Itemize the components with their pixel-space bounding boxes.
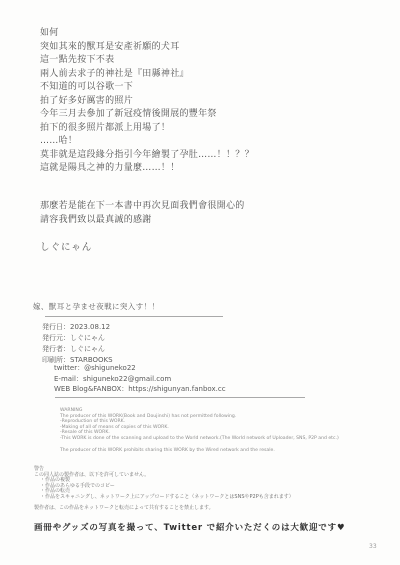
afterword-closing-block: 那麼若是能在下一本書中再次見面我們會很開心的 請容我們致以最真誠的感謝 [40,199,245,227]
publication-line: 発行元：しぐにゃん [42,333,113,344]
afterword-text-block: 如何 突如其來的獸耳是安產祈願的犬耳 這一點先按下不表 兩人前去求子的神社是『田… [40,27,254,176]
afterword-line: 莫非就是這段緣分指引今年繪製了孕肚……！！？？ [40,149,254,163]
publication-line: 発行日：2023.08.12 [42,322,113,333]
publication-line: 発行者：しぐにゃん [42,344,113,355]
artist-signature: しぐにゃん [40,239,92,253]
warning-japanese-block: 警告 この同人誌の製作者は、以下を許可していません。 ・作品の複製 ・作品のあら… [34,467,294,512]
twitter-line: twitter：@shiguneko22 [54,363,226,374]
email-line: E-mail：shiguneko22@gmail.com [54,374,226,385]
afterword-line: 拍了好多好厲害的照片 [40,95,254,109]
page-number: 33 [369,543,377,550]
warning-line: -This WORK is done of the scanning and u… [60,436,339,442]
afterword-line: 兩人前去求子的神社是『田縣神社』 [40,68,254,82]
afterword-line: 今年三月去參加了新冠疫情後開展的豐年祭 [40,108,254,122]
contact-divider-line [55,397,305,398]
closing-line: 請容我們致以最真誠的感謝 [40,213,245,227]
publication-info-block: 発行日：2023.08.12 発行元：しぐにゃん 発行者：しぐにゃん 印刷所：S… [42,322,113,366]
fanbox-line: WEB Blog&FANBOX：https://shigunyan.fanbox… [54,384,226,395]
title-divider-line [45,316,223,317]
afterword-line: 突如其來的獸耳是安產祈願的犬耳 [40,41,254,55]
warning-footer: The producer of this WORK prohibits shar… [60,448,339,454]
warning-english-block: WARNING The producer of this WORK(Book a… [60,408,339,453]
warning-jp-footer: 製作者は、この作品をネットワークと転売によって共有することを禁止します。 [34,506,294,512]
book-title: 嫁、獸耳と孕ませ夜戦に突入す！！ [33,301,159,312]
afterword-line: 不知道的可以谷歌一下 [40,81,254,95]
afterword-line: ……哈！ [40,135,254,149]
afterword-line: 如何 [40,27,254,41]
closing-line: 那麼若是能在下一本書中再次見面我們會很開心的 [40,199,245,213]
afterword-line: 拍下的很多照片都派上用場了！ [40,122,254,136]
promo-bold-line: 画冊やグッズの写真を撮って、Twitter で紹介いただくのは大歓迎です♥ [34,521,345,533]
afterword-line: 這就是陽具之神的力量麼……！！ [40,162,254,176]
warning-jp-item: ・作品をスキャニングし、ネットワーク上にアップロードすること（ネットワークとはS… [34,495,294,501]
contact-info-block: twitter：@shiguneko22 E-mail：shiguneko22@… [54,363,226,395]
scanned-afterword-page: 如何 突如其來的獸耳是安產祈願的犬耳 這一點先按下不表 兩人前去求子的神社是『田… [0,0,400,565]
afterword-line: 這一點先按下不表 [40,54,254,68]
